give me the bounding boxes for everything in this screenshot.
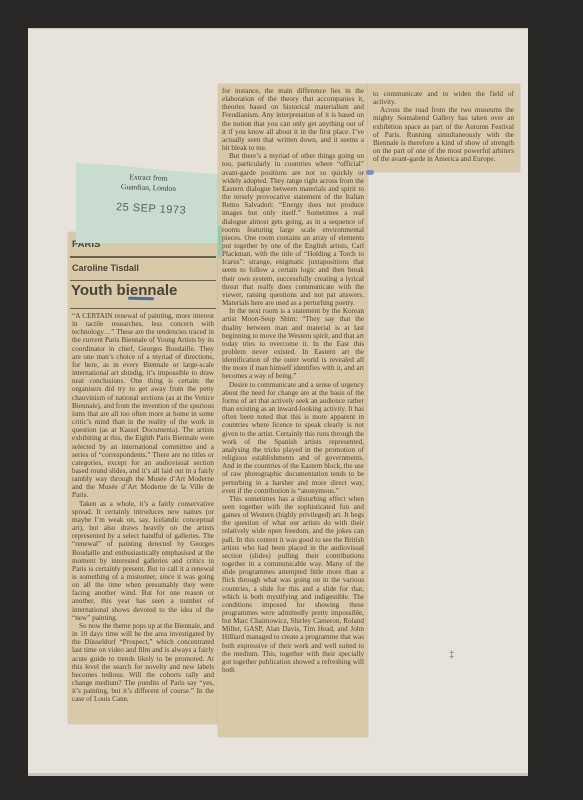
- headline: Youth biennale: [71, 287, 177, 295]
- clipping-left-column: PARIS Caroline Tisdall Youth biennale “A…: [68, 232, 218, 724]
- paragraph: So now the theme pops up at the Biennale…: [72, 622, 214, 704]
- paragraph: “A CERTAIN renewal of painting, more int…: [72, 312, 214, 500]
- paragraph: Desire to communicate and a sense of urg…: [222, 381, 364, 495]
- divider: [70, 308, 216, 309]
- paragraph: This sometimes has a disturbing effect w…: [222, 495, 364, 674]
- article-body-middle: for instance, the main difference lies i…: [222, 87, 364, 674]
- divider: [70, 256, 216, 258]
- paragraph: In the next room is a statement by the K…: [222, 307, 364, 380]
- paragraph: Across the road from the two museums the…: [373, 106, 514, 163]
- paragraph: to communicate and to widen the field of…: [373, 90, 514, 106]
- paragraph: Taken as a whole, it’s a fairly conserva…: [72, 500, 214, 622]
- mount-board-edge: [28, 773, 528, 776]
- paragraph: But there’s a myriad of other things goi…: [222, 152, 364, 307]
- blue-pen-underline: [128, 297, 154, 300]
- divider: [70, 280, 216, 281]
- article-body-right: to communicate and to widen the field of…: [373, 90, 514, 163]
- stamp-date: 25 SEP 1973: [116, 201, 187, 217]
- byline: Caroline Tisdall: [72, 264, 139, 272]
- clipping-middle-column: for instance, the main difference lies i…: [218, 84, 368, 737]
- article-body-left: “A CERTAIN renewal of painting, more int…: [72, 312, 214, 704]
- press-cutting-stamp: Extract from Guardian, London 25 SEP 197…: [76, 163, 221, 243]
- tape-fragment: [218, 226, 222, 258]
- blue-pen-mark: [366, 170, 374, 175]
- pencil-annotation: ‡: [449, 650, 455, 661]
- paragraph: for instance, the main difference lies i…: [222, 87, 364, 152]
- clipping-right-column: to communicate and to widen the field of…: [368, 84, 520, 172]
